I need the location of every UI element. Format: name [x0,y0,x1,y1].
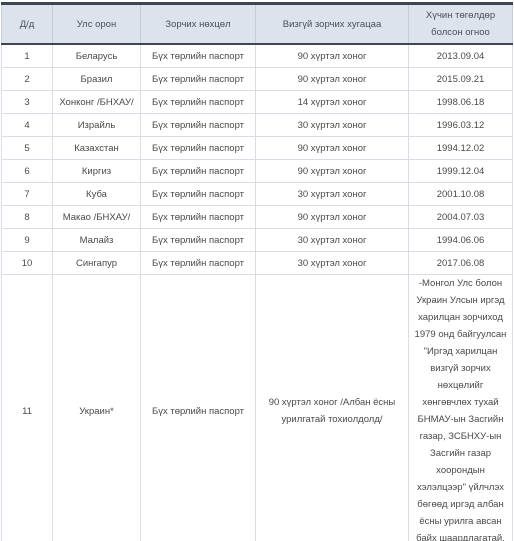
cell-visa-free-duration: 90 хүртэл хоног [256,137,409,160]
header-country: Улс орон [53,4,141,45]
cell-visa-free-duration: 30 хүртэл хоног [256,183,409,206]
cell-effective-date: 2001.10.08 [409,183,513,206]
cell-travel-condition: Бүх төрлийн паспорт [141,206,256,229]
cell-effective-date: 1994.12.02 [409,137,513,160]
table-row: 9МалайзБүх төрлийн паспорт30 хүртэл хоно… [2,229,513,252]
cell-travel-condition: Бүх төрлийн паспорт [141,229,256,252]
cell-country: Бразил [53,68,141,91]
cell-country: Казахстан [53,137,141,160]
cell-travel-condition: Бүх төрлийн паспорт [141,275,256,541]
cell-country: Киргиз [53,160,141,183]
cell-country: Макао /БНХАУ/ [53,206,141,229]
cell-effective-date: -Монгол Улс болон Украин Улсын иргэд хар… [409,275,513,541]
cell-visa-free-duration: 90 хүртэл хоног [256,68,409,91]
cell-travel-condition: Бүх төрлийн паспорт [141,137,256,160]
table-row: 2БразилБүх төрлийн паспорт90 хүртэл хоно… [2,68,513,91]
cell-number: 3 [2,91,53,114]
header-visa-free-duration: Визгүй зорчих хугацаа [256,4,409,45]
header-row: Д/д Улс орон Зорчих нөхцөл Визгүй зорчих… [2,4,513,45]
cell-travel-condition: Бүх төрлийн паспорт [141,252,256,275]
table-header: Д/д Улс орон Зорчих нөхцөл Визгүй зорчих… [2,4,513,45]
cell-travel-condition: Бүх төрлийн паспорт [141,114,256,137]
cell-effective-date: 1999.12.04 [409,160,513,183]
cell-country: Израйль [53,114,141,137]
cell-number: 1 [2,44,53,68]
cell-effective-date: 2004.07.03 [409,206,513,229]
cell-effective-date: 2017.06.08 [409,252,513,275]
cell-effective-date: 1998.06.18 [409,91,513,114]
cell-number: 2 [2,68,53,91]
cell-country: Украин* [53,275,141,541]
cell-country: Хонконг /БНХАУ/ [53,91,141,114]
cell-visa-free-duration: 90 хүртэл хоног [256,160,409,183]
cell-number: 6 [2,160,53,183]
header-travel-condition: Зорчих нөхцөл [141,4,256,45]
cell-travel-condition: Бүх төрлийн паспорт [141,160,256,183]
header-number: Д/д [2,4,53,45]
cell-effective-date: 2015.09.21 [409,68,513,91]
header-effective-date: Хүчин төгөлдөр болсон огноо [409,4,513,45]
visa-free-table-container: Д/д Улс орон Зорчих нөхцөл Визгүй зорчих… [1,2,513,541]
cell-travel-condition: Бүх төрлийн паспорт [141,91,256,114]
cell-visa-free-duration: 30 хүртэл хоног [256,114,409,137]
cell-effective-date: 1994.06.06 [409,229,513,252]
cell-visa-free-duration: 30 хүртэл хоног [256,252,409,275]
cell-visa-free-duration: 14 хүртэл хоног [256,91,409,114]
cell-number: 7 [2,183,53,206]
cell-visa-free-duration: 90 хүртэл хоног [256,206,409,229]
table-row: 10СингапурБүх төрлийн паспорт30 хүртэл х… [2,252,513,275]
table-row: 7КубаБүх төрлийн паспорт30 хүртэл хоног2… [2,183,513,206]
table-row: 8Макао /БНХАУ/Бүх төрлийн паспорт90 хүрт… [2,206,513,229]
table-row: 3Хонконг /БНХАУ/Бүх төрлийн паспорт14 хү… [2,91,513,114]
cell-visa-free-duration: 90 хүртэл хоног [256,44,409,68]
cell-travel-condition: Бүх төрлийн паспорт [141,68,256,91]
table-row: 11Украин*Бүх төрлийн паспорт90 хүртэл хо… [2,275,513,541]
cell-number: 5 [2,137,53,160]
cell-effective-date: 2013.09.04 [409,44,513,68]
cell-travel-condition: Бүх төрлийн паспорт [141,44,256,68]
cell-visa-free-duration: 30 хүртэл хоног [256,229,409,252]
table-row: 4ИзрайльБүх төрлийн паспорт30 хүртэл хон… [2,114,513,137]
cell-number: 10 [2,252,53,275]
table-body: 1БеларусьБүх төрлийн паспорт90 хүртэл хо… [2,44,513,541]
visa-free-countries-table: Д/д Улс орон Зорчих нөхцөл Визгүй зорчих… [1,2,513,541]
cell-country: Сингапур [53,252,141,275]
cell-visa-free-duration: 90 хүртэл хоног /Албан ёсны урилгатай то… [256,275,409,541]
cell-number: 11 [2,275,53,541]
cell-effective-date: 1996.03.12 [409,114,513,137]
cell-country: Беларусь [53,44,141,68]
cell-number: 9 [2,229,53,252]
table-row: 6КиргизБүх төрлийн паспорт90 хүртэл хоно… [2,160,513,183]
cell-number: 8 [2,206,53,229]
cell-number: 4 [2,114,53,137]
table-row: 1БеларусьБүх төрлийн паспорт90 хүртэл хо… [2,44,513,68]
table-row: 5КазахстанБүх төрлийн паспорт90 хүртэл х… [2,137,513,160]
cell-country: Куба [53,183,141,206]
cell-country: Малайз [53,229,141,252]
cell-travel-condition: Бүх төрлийн паспорт [141,183,256,206]
